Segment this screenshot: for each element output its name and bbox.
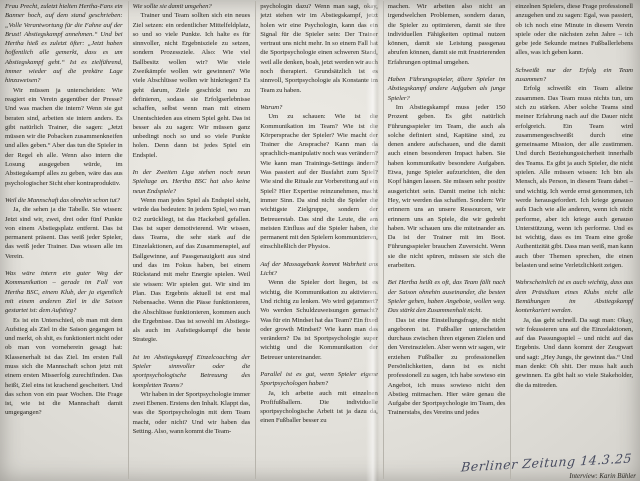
interview-answer: Wir haben in der Sportpsychologie immer … — [133, 390, 251, 436]
interview-question: Schweißt nur der Erfolg ein Team zusamme… — [515, 66, 633, 85]
interview-answer: machen. Wir arbeiten also nicht an irgen… — [388, 2, 506, 67]
interview-answer: Es ist ein Unterschied, ob man mit dem A… — [5, 316, 123, 418]
article-column-5: einzelnen Spielers, diese Frage professi… — [510, 1, 638, 479]
interview-answer: Erfolg schweißt ein Team alleine zusamme… — [515, 84, 633, 270]
interview-answer: Ja, ich arbeite auch mit einzelnen Profi… — [260, 389, 378, 426]
interview-question: Frau Precht, zuletzt hielten Hertha-Fans… — [5, 2, 123, 86]
interview-question: Was wäre intern ein guter Weg der Kommun… — [5, 269, 123, 315]
interview-question: Parallel ist es gut, wenn Spieler eigene… — [260, 370, 378, 389]
interview-question: Weil die Mannschaft das ohnehin schon tu… — [5, 196, 123, 205]
interview-question: Haben Führungsspieler, ältere Spieler im… — [388, 75, 506, 103]
interview-question: Wahrscheinlich ist es auch wichtig, dass… — [515, 278, 633, 315]
interview-answer: Wir müssen ja unterscheiden: Wie reagier… — [5, 86, 123, 188]
interview-answer: Wenn die Spieler dort liegen, ist es wic… — [260, 278, 378, 362]
interview-question: Wie sollte sie damit umgehen? — [133, 2, 251, 11]
article-column-3: psychologin dazu? Wenn man sagt, okay, j… — [255, 1, 383, 479]
interview-answer: einzelnen Spielers, diese Frage professi… — [515, 2, 633, 58]
interview-question: Bei Hertha heißt es oft, das Team fällt … — [388, 278, 506, 315]
interview-answer: Ja, das geht schnell. Da sagt man: Okay,… — [515, 316, 633, 390]
interview-answer: Wenn man jedes Spiel als Endspiel sieht,… — [133, 196, 251, 345]
interview-answer: psychologin dazu? Wenn man sagt, okay, j… — [260, 2, 378, 95]
interview-question: Warum? — [260, 103, 378, 112]
newspaper-clipping: Frau Precht, zuletzt hielten Hertha-Fans… — [0, 0, 640, 481]
article-columns: Frau Precht, zuletzt hielten Hertha-Fans… — [1, 1, 638, 479]
article-column-1: Frau Precht, zuletzt hielten Hertha-Fans… — [1, 1, 128, 479]
article-column-4: machen. Wir arbeiten also nicht an irgen… — [383, 1, 511, 479]
interview-answer: Trainer und Team sollten sich ein neues … — [133, 11, 251, 160]
interview-answer: Im Abstiegskampf muss jeder 150 Prozent … — [388, 103, 506, 270]
interview-answer: Um zu schauen: Wie ist die Kommunikation… — [260, 112, 378, 251]
article-column-2: Wie sollte sie damit umgehen?Trainer und… — [128, 1, 256, 479]
interview-question: In der Zweiten Liga stehen noch neun Spi… — [133, 168, 251, 196]
interview-answer: Ja, die sehen ja die Tabelle. Sie wissen… — [5, 205, 123, 261]
interview-question: Ist im Abstiegskampf Einzelcoaching der … — [133, 353, 251, 390]
interview-question: Auf der Massagebank kommt Wahrheit ans L… — [260, 260, 378, 279]
interview-credit: Interview: Karin Bühler — [569, 473, 636, 480]
interview-answer: Das ist eine Einstellungsfrage, die nich… — [388, 316, 506, 418]
